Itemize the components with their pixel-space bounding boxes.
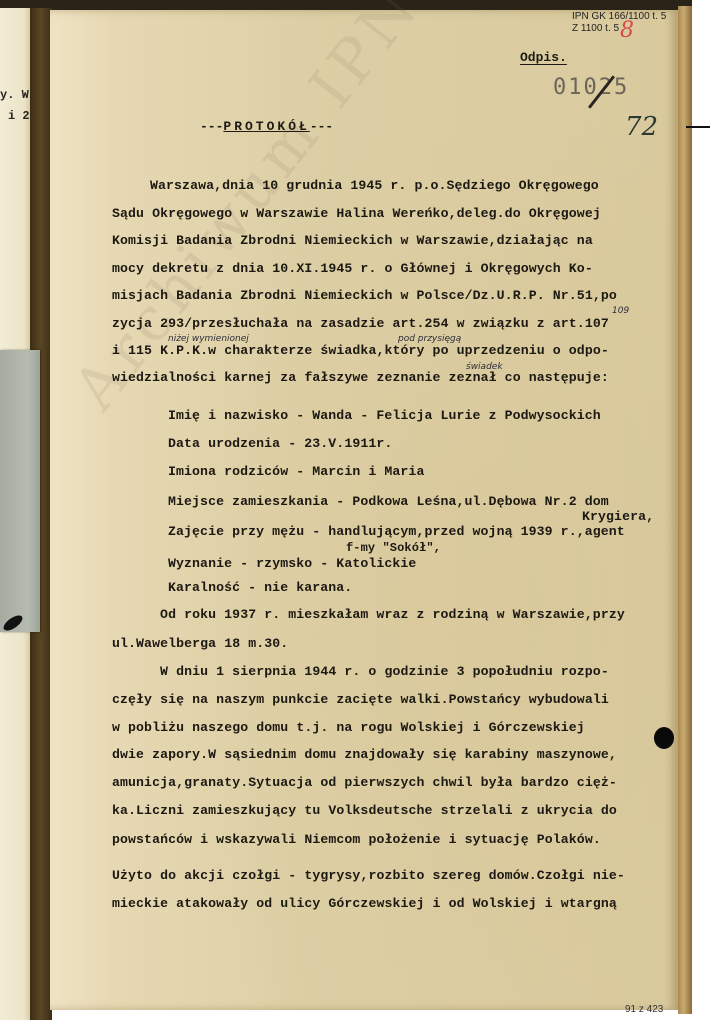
intro-line: Sądu Okręgowego w Warszawie Halina Wereń…: [112, 206, 601, 221]
personal-data-row: Karalność - nie karana.: [168, 580, 352, 595]
field-label: Data urodzenia: [168, 436, 280, 451]
testimony-line: W dniu 1 sierpnia 1944 r. o godzinie 3 p…: [128, 664, 609, 679]
testimony-line: amunicja,granaty.Sytuacja od pierwszych …: [112, 775, 617, 790]
red-handwritten-mark: 8: [620, 18, 634, 43]
field-value: Podkowa Leśna,ul.Dębowa Nr.2 dom: [352, 494, 608, 509]
grey-separator-tab: [0, 350, 40, 632]
document-title: ---PROTOKÓŁ---: [200, 119, 333, 134]
field-label: Karalność: [168, 580, 240, 595]
field-label: Imię i nazwisko: [168, 408, 288, 423]
personal-data-continuation: f-my "Sokół",: [346, 541, 441, 555]
title-dashes-right: ---: [310, 119, 333, 134]
previous-page-text-fragment: y. W: [0, 88, 29, 102]
title-text: PROTOKÓŁ: [223, 119, 309, 134]
field-value: Marcin i Maria: [312, 464, 424, 479]
viewer-margin: [692, 0, 710, 1020]
testimony-line: Użyto do akcji czołgi - tygrysy,rozbito …: [112, 868, 625, 883]
field-value: nie karana.: [264, 580, 352, 595]
title-dashes-left: ---: [200, 119, 223, 134]
testimony-line: mieckie atakowały od ulicy Górczewskiej …: [112, 896, 617, 911]
archive-signature-sub: Z 1100 t. 5: [572, 23, 619, 34]
testimony-line: dwie zapory.W sąsiednim domu znajdowały …: [112, 747, 617, 762]
page-counter: 91 z 423: [625, 1004, 663, 1015]
field-value: rzymsko - Katolickie: [256, 556, 416, 571]
field-value: handlującym,przed wojną 1939 r.,agent: [328, 524, 625, 539]
intro-line: wiedzialności karnej za fałszywe zeznani…: [112, 370, 609, 385]
field-label: Miejsce zamieszkania: [168, 494, 328, 509]
personal-data-continuation: Krygiera,: [582, 509, 654, 524]
handwritten-note: 109: [612, 306, 629, 316]
personal-data-row: Wyznanie - rzymsko - Katolickie: [168, 556, 416, 571]
handwritten-note: świadek: [466, 362, 503, 372]
field-value: 23.V.1911r.: [304, 436, 392, 451]
field-label: Wyznanie: [168, 556, 232, 571]
viewer-rule: [686, 126, 710, 128]
folio-number: 72: [625, 112, 658, 142]
personal-data-row: Zajęcie przy mężu - handlującym,przed wo…: [168, 524, 625, 539]
intro-line: misjach Badania Zbrodni Niemieckich w Po…: [112, 288, 617, 303]
intro-line: Komisji Badania Zbrodni Niemieckich w Wa…: [112, 233, 593, 248]
field-label: Zajęcie przy mężu: [168, 524, 304, 539]
field-value: Wanda - Felicja Lurie z Podwysockich: [312, 408, 601, 423]
page-stack-edge: [678, 6, 692, 1014]
punch-hole-dot: [654, 727, 674, 749]
field-label: Imiona rodziców: [168, 464, 288, 479]
personal-data-row: Miejsce zamieszkania - Podkowa Leśna,ul.…: [168, 494, 609, 509]
testimony-line: częły się na naszym punkcie zacięte walk…: [112, 692, 609, 707]
testimony-line: Od roku 1937 r. mieszkałam wraz z rodzin…: [128, 607, 625, 622]
handwritten-note: pod przysięgą: [398, 334, 461, 344]
testimony-line: w pobliżu naszego domu t.j. na rogu Wols…: [112, 720, 585, 735]
copy-label: Odpis.: [520, 50, 567, 65]
binder-top-edge: [0, 0, 710, 10]
intro-line: Warszawa,dnia 10 grudnia 1945 r. p.o.Sęd…: [150, 178, 599, 193]
testimony-line: powstańców i wskazywali Niemcom położeni…: [112, 832, 601, 847]
testimony-line: ka.Liczni zamieszkujący tu Volksdeutsche…: [112, 803, 617, 818]
intro-line: mocy dekretu z dnia 10.XI.1945 r. o Głów…: [112, 261, 593, 276]
intro-line: i 115 K.P.K.w charakterze świadka,który …: [112, 343, 609, 358]
handwritten-note: niżej wymienionej: [168, 334, 249, 344]
previous-page-text-fragment: i 2: [8, 109, 30, 123]
personal-data-row: Data urodzenia - 23.V.1911r.: [168, 436, 392, 451]
ink-blot: [1, 613, 25, 634]
stamp-number: 01025: [553, 75, 629, 100]
testimony-line: ul.Wawelberga 18 m.30.: [112, 636, 288, 651]
intro-line: zycja 293/przesłuchała na zasadzie art.2…: [112, 316, 609, 331]
personal-data-row: Imię i nazwisko - Wanda - Felicja Lurie …: [168, 408, 601, 423]
personal-data-row: Imiona rodziców - Marcin i Maria: [168, 464, 424, 479]
